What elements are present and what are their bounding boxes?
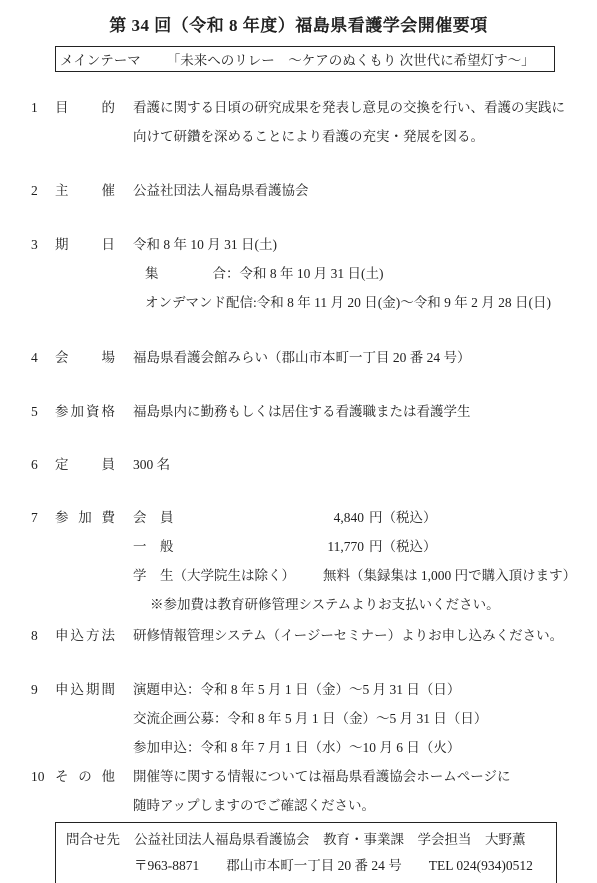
text-line: 集 合：令和 8 年 10 月 31 日(土) (145, 259, 597, 288)
document-title: 第 34 回（令和 8 年度）福島県看護学会開催要項 (0, 14, 597, 38)
item-number: 8 (31, 621, 55, 650)
text-line: 向けて研鑽を深めることにより看護の充実・発展を図る。 (133, 122, 597, 151)
item-application-method: 8 申込方法 研修情報管理システム（イージーセミナー）よりお申し込みください。 (0, 621, 597, 650)
item-organizer: 2 主 催 公益社団法人福島県看護協会 (0, 176, 597, 205)
contact-box: 問合せ先 公益社団法人福島県看護協会 教育・事業課 学会担当 大野薫 〒963-… (55, 822, 557, 883)
payment-note: ※参加費は教育研修管理システムよりお支払いください。 (150, 590, 597, 619)
fee-name: 学 生（大学院生は除く） (133, 561, 323, 590)
contact-label: 問合せ先 (66, 827, 124, 879)
item-fees: 7 参 加 費 会 員4,840円（税込） 一 般11,770円（税込） 学 生… (0, 503, 597, 619)
item-dates: 3 期 日 令和 8 年 10 月 31 日(土) 集 合：令和 8 年 10 … (0, 230, 597, 317)
text-line: 福島県看護会館みらい（郡山市本町一丁目 20 番 24 号） (133, 343, 597, 372)
fee-name: 一 般 (133, 532, 316, 561)
fee-row-member: 会 員4,840円（税込） (133, 503, 597, 532)
text-line: 交流企画公募：令和 8 年 5 月 1 日（金）～5 月 31 日（日） (133, 704, 597, 733)
document-page: 第 34 回（令和 8 年度）福島県看護学会開催要項 メインテーマ 「未来へのリ… (0, 0, 597, 883)
item-number: 3 (31, 230, 55, 259)
item-application-period: 9 申込期間 演題申込：令和 8 年 5 月 1 日（金）～5 月 31 日（日… (0, 675, 597, 762)
item-purpose: 1 目 的 看護に関する日頃の研究成果を発表し意見の交換を行い、看護の実践に 向… (0, 93, 597, 151)
item-label: 目 的 (55, 93, 115, 122)
text-line: オンデマンド配信:令和 8 年 11 月 20 日(金)～令和 9 年 2 月 … (145, 288, 597, 317)
item-label: そ の 他 (55, 762, 115, 791)
item-venue: 4 会 場 福島県看護会館みらい（郡山市本町一丁目 20 番 24 号） (0, 343, 597, 372)
text-line: 演題申込：令和 8 年 5 月 1 日（金）～5 月 31 日（日） (133, 675, 597, 704)
main-theme-text: 「未来へのリレー ～ケアのぬくもり 次世代に希望灯す～」 (167, 49, 535, 69)
contact-line: 公益社団法人福島県看護協会 教育・事業課 学会担当 大野薫 (134, 827, 533, 853)
item-number: 7 (31, 503, 55, 532)
item-other: 10 そ の 他 開催等に関する情報については福島県看護協会ホームページに 随時… (0, 762, 597, 820)
text-line: 随時アップしますのでご確認ください。 (133, 791, 597, 820)
item-label: 申込期間 (55, 675, 115, 704)
text-line: 研修情報管理システム（イージーセミナー）よりお申し込みください。 (133, 621, 597, 650)
text-line: 開催等に関する情報については福島県看護協会ホームページに (133, 762, 597, 791)
item-label: 主 催 (55, 176, 115, 205)
item-eligibility: 5 参加資格 福島県内に勤務もしくは居住する看護職または看護学生 (0, 397, 597, 426)
item-label: 会 場 (55, 343, 115, 372)
fee-row-student: 学 生（大学院生は除く）無料（集録集は 1,000 円で購入頂けます） (133, 561, 597, 590)
fee-name: 会 員 (133, 503, 316, 532)
fee-amount: 4,840 (316, 503, 364, 532)
item-label: 定 員 (55, 450, 115, 479)
fee-amount: 11,770 (316, 532, 364, 561)
text-line: 令和 8 年 10 月 31 日(土) (133, 230, 597, 259)
item-number: 10 (31, 762, 55, 791)
item-label: 期 日 (55, 230, 115, 259)
main-theme-box: メインテーマ 「未来へのリレー ～ケアのぬくもり 次世代に希望灯す～」 (55, 46, 555, 72)
text-line: 看護に関する日頃の研究成果を発表し意見の交換を行い、看護の実践に (133, 93, 597, 122)
item-number: 9 (31, 675, 55, 704)
item-number: 1 (31, 93, 55, 122)
text-line: 300 名 (133, 450, 597, 479)
fee-row-general: 一 般11,770円（税込） (133, 532, 597, 561)
text-line: 公益社団法人福島県看護協会 (133, 176, 597, 205)
item-number: 6 (31, 450, 55, 479)
fee-unit: 円（税込） (369, 539, 437, 554)
main-theme-label: メインテーマ (60, 49, 141, 69)
fee-unit: 円（税込） (369, 510, 437, 525)
fee-note: 無料（集録集は 1,000 円で購入頂けます） (323, 568, 576, 583)
item-number: 2 (31, 176, 55, 205)
item-number: 4 (31, 343, 55, 372)
contact-line: 〒963-8871 郡山市本町一丁目 20 番 24 号 TEL 024(934… (134, 853, 533, 879)
text-line: 参加申込：令和 8 年 7 月 1 日（水）～10 月 6 日（火） (133, 733, 597, 762)
item-number: 5 (31, 397, 55, 426)
item-label: 参加資格 (55, 397, 115, 426)
item-label: 参 加 費 (55, 503, 115, 532)
item-label: 申込方法 (55, 621, 115, 650)
item-capacity: 6 定 員 300 名 (0, 450, 597, 479)
text-line: 福島県内に勤務もしくは居住する看護職または看護学生 (133, 397, 597, 426)
